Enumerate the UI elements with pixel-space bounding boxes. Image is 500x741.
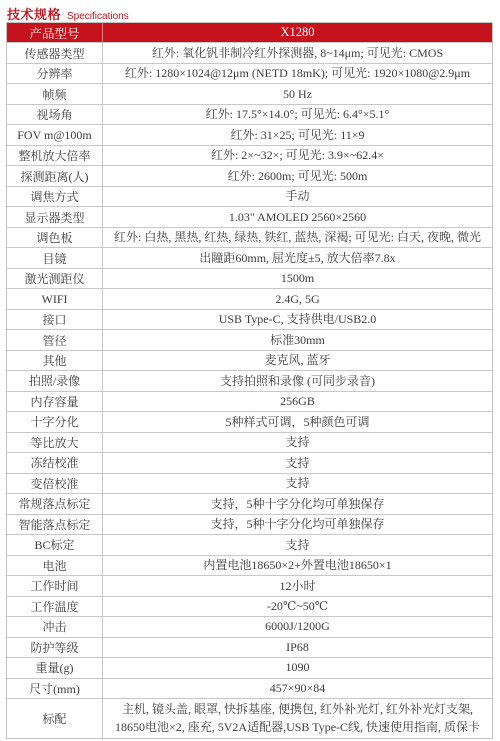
spec-row: 探测距离(人)红外: 2600m; 可见光: 500m (7, 166, 492, 186)
spec-row: 整机放大倍率红外: 2×~32×; 可见光: 3.9×~62.4× (7, 146, 492, 166)
spec-row: 显示器类型1.03" AMOLED 2560×2560 (7, 207, 492, 227)
spec-value: 红外: 1280×1024@12μm (NETD 18mK); 可见光: 192… (103, 64, 492, 83)
spec-row: 其他麦克风, 蓝牙 (7, 351, 492, 371)
spec-row: 调色板红外: 白热, 黑热, 红热, 绿热, 铁红, 蓝热, 深褐; 可见光: … (7, 228, 492, 248)
spec-row: 传感器类型红外: 氧化钒非制冷红外探测器, 8~14μm; 可见光: CMOS (7, 43, 492, 63)
spec-label: 显示器类型 (7, 207, 103, 226)
spec-value: 1.03" AMOLED 2560×2560 (103, 207, 492, 226)
spec-value: 红外: 2600m; 可见光: 500m (103, 166, 492, 185)
spec-row: 标配主机, 镜头盖, 眼罩, 快拆基座, 便携包, 红外补光灯, 红外补光灯支架… (7, 699, 492, 738)
spec-row: BC标定支持 (7, 535, 492, 555)
spec-label: 其他 (7, 351, 103, 370)
spec-label: 十字分化 (7, 412, 103, 431)
spec-value: -20℃~50℃ (103, 597, 492, 616)
spec-label: 调焦方式 (7, 187, 103, 206)
spec-row: 常规落点标定支持，5种十字分化均可单独保存 (7, 494, 492, 514)
spec-label: 调色板 (7, 228, 103, 247)
spec-label: 帧频 (7, 84, 103, 103)
spec-value: 红外: 白热, 黑热, 红热, 绿热, 铁红, 蓝热, 深褐; 可见光: 白天,… (103, 228, 492, 247)
spec-value: 手动 (103, 187, 492, 206)
spec-value: 红外: 17.5°×14.0°; 可见光: 6.4°×5.1° (103, 105, 492, 124)
spec-value: 50 Hz (103, 84, 492, 103)
page-title-en: Specifications (67, 11, 129, 22)
page-title: 技术规格 Specifications (0, 0, 500, 22)
spec-value: 6000J/1200G (103, 617, 492, 636)
spec-label: 拍照/录像 (7, 371, 103, 390)
spec-row: 调焦方式手动 (7, 187, 492, 207)
spec-label: 电池 (7, 556, 103, 575)
spec-row: 帧频50 Hz (7, 84, 492, 104)
spec-value: 1500m (103, 269, 492, 288)
spec-row: 分辨率红外: 1280×1024@12μm (NETD 18mK); 可见光: … (7, 64, 492, 84)
spec-value: 支持 (103, 535, 492, 554)
spec-value: IP68 (103, 638, 492, 657)
spec-value: 麦克风, 蓝牙 (103, 351, 492, 370)
spec-label: 内存容量 (7, 392, 103, 411)
spec-value: 1090 (103, 658, 492, 677)
spec-label: 常规落点标定 (7, 494, 103, 513)
spec-label: 尺寸(mm) (7, 679, 103, 698)
spec-row: 管径标准30mm (7, 330, 492, 350)
spec-row: 尺寸(mm)457×90×84 (7, 679, 492, 699)
spec-row: 冻结校准支持 (7, 453, 492, 473)
spec-label: 防护等级 (7, 638, 103, 657)
spec-value: 支持 (103, 453, 492, 472)
spec-row: FOV m@100m红外: 31×25; 可见光: 11×9 (7, 125, 492, 145)
spec-label: 变倍校准 (7, 474, 103, 493)
spec-row: 视场角红外: 17.5°×14.0°; 可见光: 6.4°×5.1° (7, 105, 492, 125)
spec-label: 管径 (7, 330, 103, 349)
spec-row: 拍照/录像支持拍照和录像 (可同步录音) (7, 371, 492, 391)
spec-row: 目镜出瞳距60mm, 屈光度±5, 放大倍率7.8x (7, 248, 492, 268)
spec-label: 探测距离(人) (7, 166, 103, 185)
spec-value: 红外: 氧化钒非制冷红外探测器, 8~14μm; 可见光: CMOS (103, 43, 492, 62)
spec-row: 工作时间12小时 (7, 576, 492, 596)
spec-value: 支持 (103, 433, 492, 452)
spec-value: 标准30mm (103, 330, 492, 349)
spec-page: 技术规格 Specifications 产品型号 X1280 传感器类型红外: … (0, 0, 500, 741)
spec-value: 支持 (103, 474, 492, 493)
spec-row: 工作温度-20℃~50℃ (7, 597, 492, 617)
spec-label: 智能落点标定 (7, 515, 103, 534)
spec-row: 重量(g)1090 (7, 658, 492, 678)
table-header-row: 产品型号 X1280 (7, 23, 492, 43)
spec-label: 分辨率 (7, 64, 103, 83)
spec-label: 激光测距仪 (7, 269, 103, 288)
spec-label: 工作时间 (7, 576, 103, 595)
page-title-zh: 技术规格 (7, 4, 61, 23)
spec-table: 产品型号 X1280 传感器类型红外: 氧化钒非制冷红外探测器, 8~14μm;… (6, 22, 493, 739)
spec-row: 智能落点标定支持，5种十字分化均可单独保存 (7, 515, 492, 535)
spec-label: 整机放大倍率 (7, 146, 103, 165)
spec-row: WIFI2.4G, 5G (7, 289, 492, 309)
spec-label: 接口 (7, 310, 103, 329)
spec-label: 冲击 (7, 617, 103, 636)
spec-row: 内存容量256GB (7, 392, 492, 412)
spec-value: 支持，5种十字分化均可单独保存 (103, 515, 492, 534)
spec-row: 电池内置电池18650×2+外置电池18650×1 (7, 556, 492, 576)
spec-value: 12小时 (103, 576, 492, 595)
spec-value: 2.4G, 5G (103, 289, 492, 308)
table-header-value: X1280 (103, 23, 492, 42)
spec-row: 十字分化5种样式可调，5种颜色可调 (7, 412, 492, 432)
spec-label: 传感器类型 (7, 43, 103, 62)
spec-row: 等比放大支持 (7, 433, 492, 453)
spec-value: 256GB (103, 392, 492, 411)
spec-label: 工作温度 (7, 597, 103, 616)
spec-label: 重量(g) (7, 658, 103, 677)
spec-label: 视场角 (7, 105, 103, 124)
spec-value: 支持拍照和录像 (可同步录音) (103, 371, 492, 390)
spec-label: 标配 (7, 699, 103, 738)
spec-row: 防护等级IP68 (7, 638, 492, 658)
spec-row: 激光测距仪1500m (7, 269, 492, 289)
spec-value: 支持，5种十字分化均可单独保存 (103, 494, 492, 513)
spec-label: 等比放大 (7, 433, 103, 452)
spec-value: 内置电池18650×2+外置电池18650×1 (103, 556, 492, 575)
spec-label: 冻结校准 (7, 453, 103, 472)
spec-value: 出瞳距60mm, 屈光度±5, 放大倍率7.8x (103, 248, 492, 267)
spec-row: 冲击6000J/1200G (7, 617, 492, 637)
spec-value: USB Type-C, 支持供电/USB2.0 (103, 310, 492, 329)
spec-value: 457×90×84 (103, 679, 492, 698)
spec-label: FOV m@100m (7, 125, 103, 144)
spec-label: 目镜 (7, 248, 103, 267)
table-header-label: 产品型号 (7, 23, 103, 42)
spec-label: WIFI (7, 289, 103, 308)
spec-row: 接口USB Type-C, 支持供电/USB2.0 (7, 310, 492, 330)
spec-value: 红外: 31×25; 可见光: 11×9 (103, 125, 492, 144)
spec-row: 变倍校准支持 (7, 474, 492, 494)
spec-value: 红外: 2×~32×; 可见光: 3.9×~62.4× (103, 146, 492, 165)
spec-value: 主机, 镜头盖, 眼罩, 快拆基座, 便携包, 红外补光灯, 红外补光灯支架, … (103, 699, 492, 738)
spec-value: 5种样式可调，5种颜色可调 (103, 412, 492, 431)
spec-label: BC标定 (7, 535, 103, 554)
